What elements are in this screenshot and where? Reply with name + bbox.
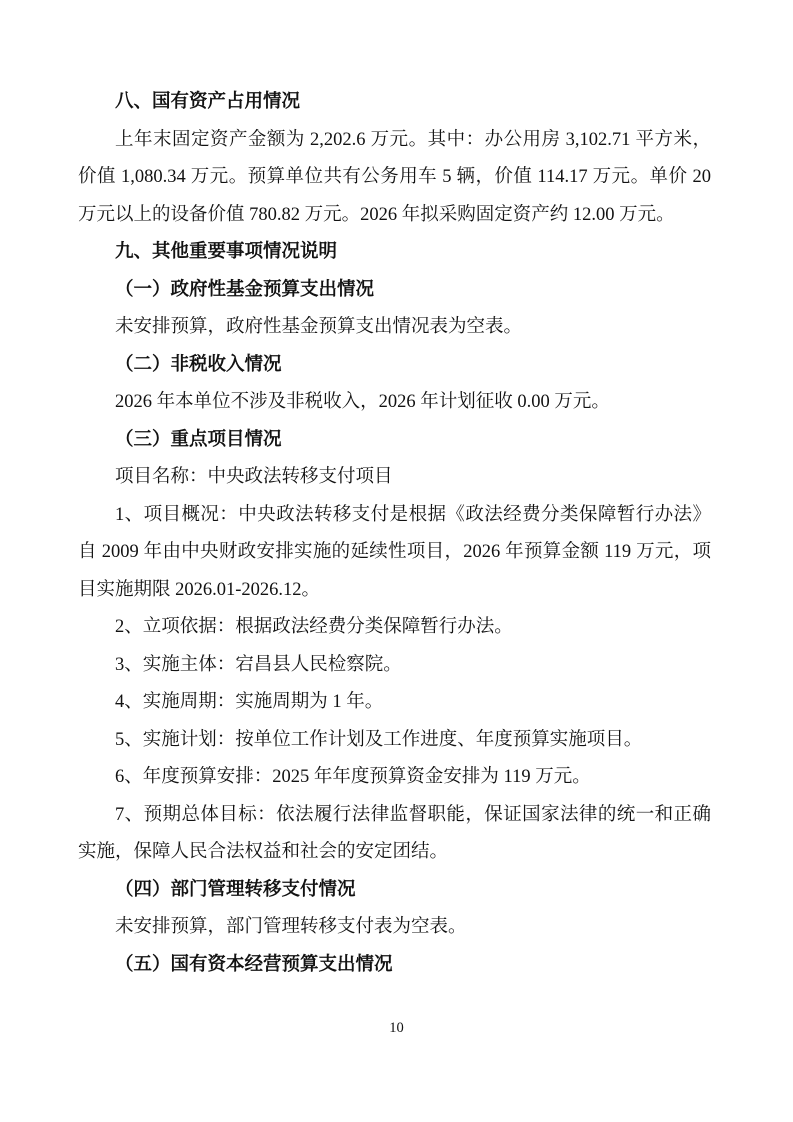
para-project-overview: 1、项目概况：中央政法转移支付是根据《政法经费分类保障暂行办法》自 2009 年… [78, 497, 711, 610]
page-number: 10 [389, 1020, 404, 1036]
para-project-entity: 3、实施主体：宕昌县人民检察院。 [78, 647, 711, 685]
para-nontax-revenue-detail: 2026 年本单位不涉及非税收入，2026 年计划征收 0.00 万元。 [78, 384, 711, 422]
para-govt-fund-budget-empty: 未安排预算，政府性基金预算支出情况表为空表。 [78, 309, 711, 347]
para-dept-transfer-empty: 未安排预算，部门管理转移支付表为空表。 [78, 909, 711, 947]
para-project-annual-budget: 6、年度预算安排：2025 年年度预算资金安排为 119 万元。 [78, 759, 711, 797]
page-footer: 10 [0, 1018, 793, 1038]
para-project-basis: 2、立项依据：根据政法经费分类保障暂行办法。 [78, 609, 711, 647]
document-page: 八、国有资产占用情况 上年末固定资产金额为 2,202.6 万元。其中：办公用房… [0, 0, 793, 1122]
heading-state-assets-usage: 八、国有资产占用情况 [78, 84, 711, 122]
document-body: 八、国有资产占用情况 上年末固定资产金额为 2,202.6 万元。其中：办公用房… [78, 84, 711, 984]
para-project-cycle: 4、实施周期：实施周期为 1 年。 [78, 684, 711, 722]
para-project-name: 项目名称：中央政法转移支付项目 [78, 459, 711, 497]
para-project-plan: 5、实施计划：按单位工作计划及工作进度、年度预算实施项目。 [78, 722, 711, 760]
heading-dept-transfer-payment: （四）部门管理转移支付情况 [78, 872, 711, 910]
heading-other-important-items: 九、其他重要事项情况说明 [78, 234, 711, 272]
heading-key-projects: （三）重点项目情况 [78, 422, 711, 460]
heading-soe-capital-budget: （五）国有资本经营预算支出情况 [78, 947, 711, 985]
heading-govt-fund-budget: （一）政府性基金预算支出情况 [78, 272, 711, 310]
para-fixed-assets-detail: 上年末固定资产金额为 2,202.6 万元。其中：办公用房 3,102.71 平… [78, 122, 711, 235]
para-project-overall-goal: 7、预期总体目标：依法履行法律监督职能，保证国家法律的统一和正确实施，保障人民合… [78, 797, 711, 872]
heading-nontax-revenue: （二）非税收入情况 [78, 347, 711, 385]
